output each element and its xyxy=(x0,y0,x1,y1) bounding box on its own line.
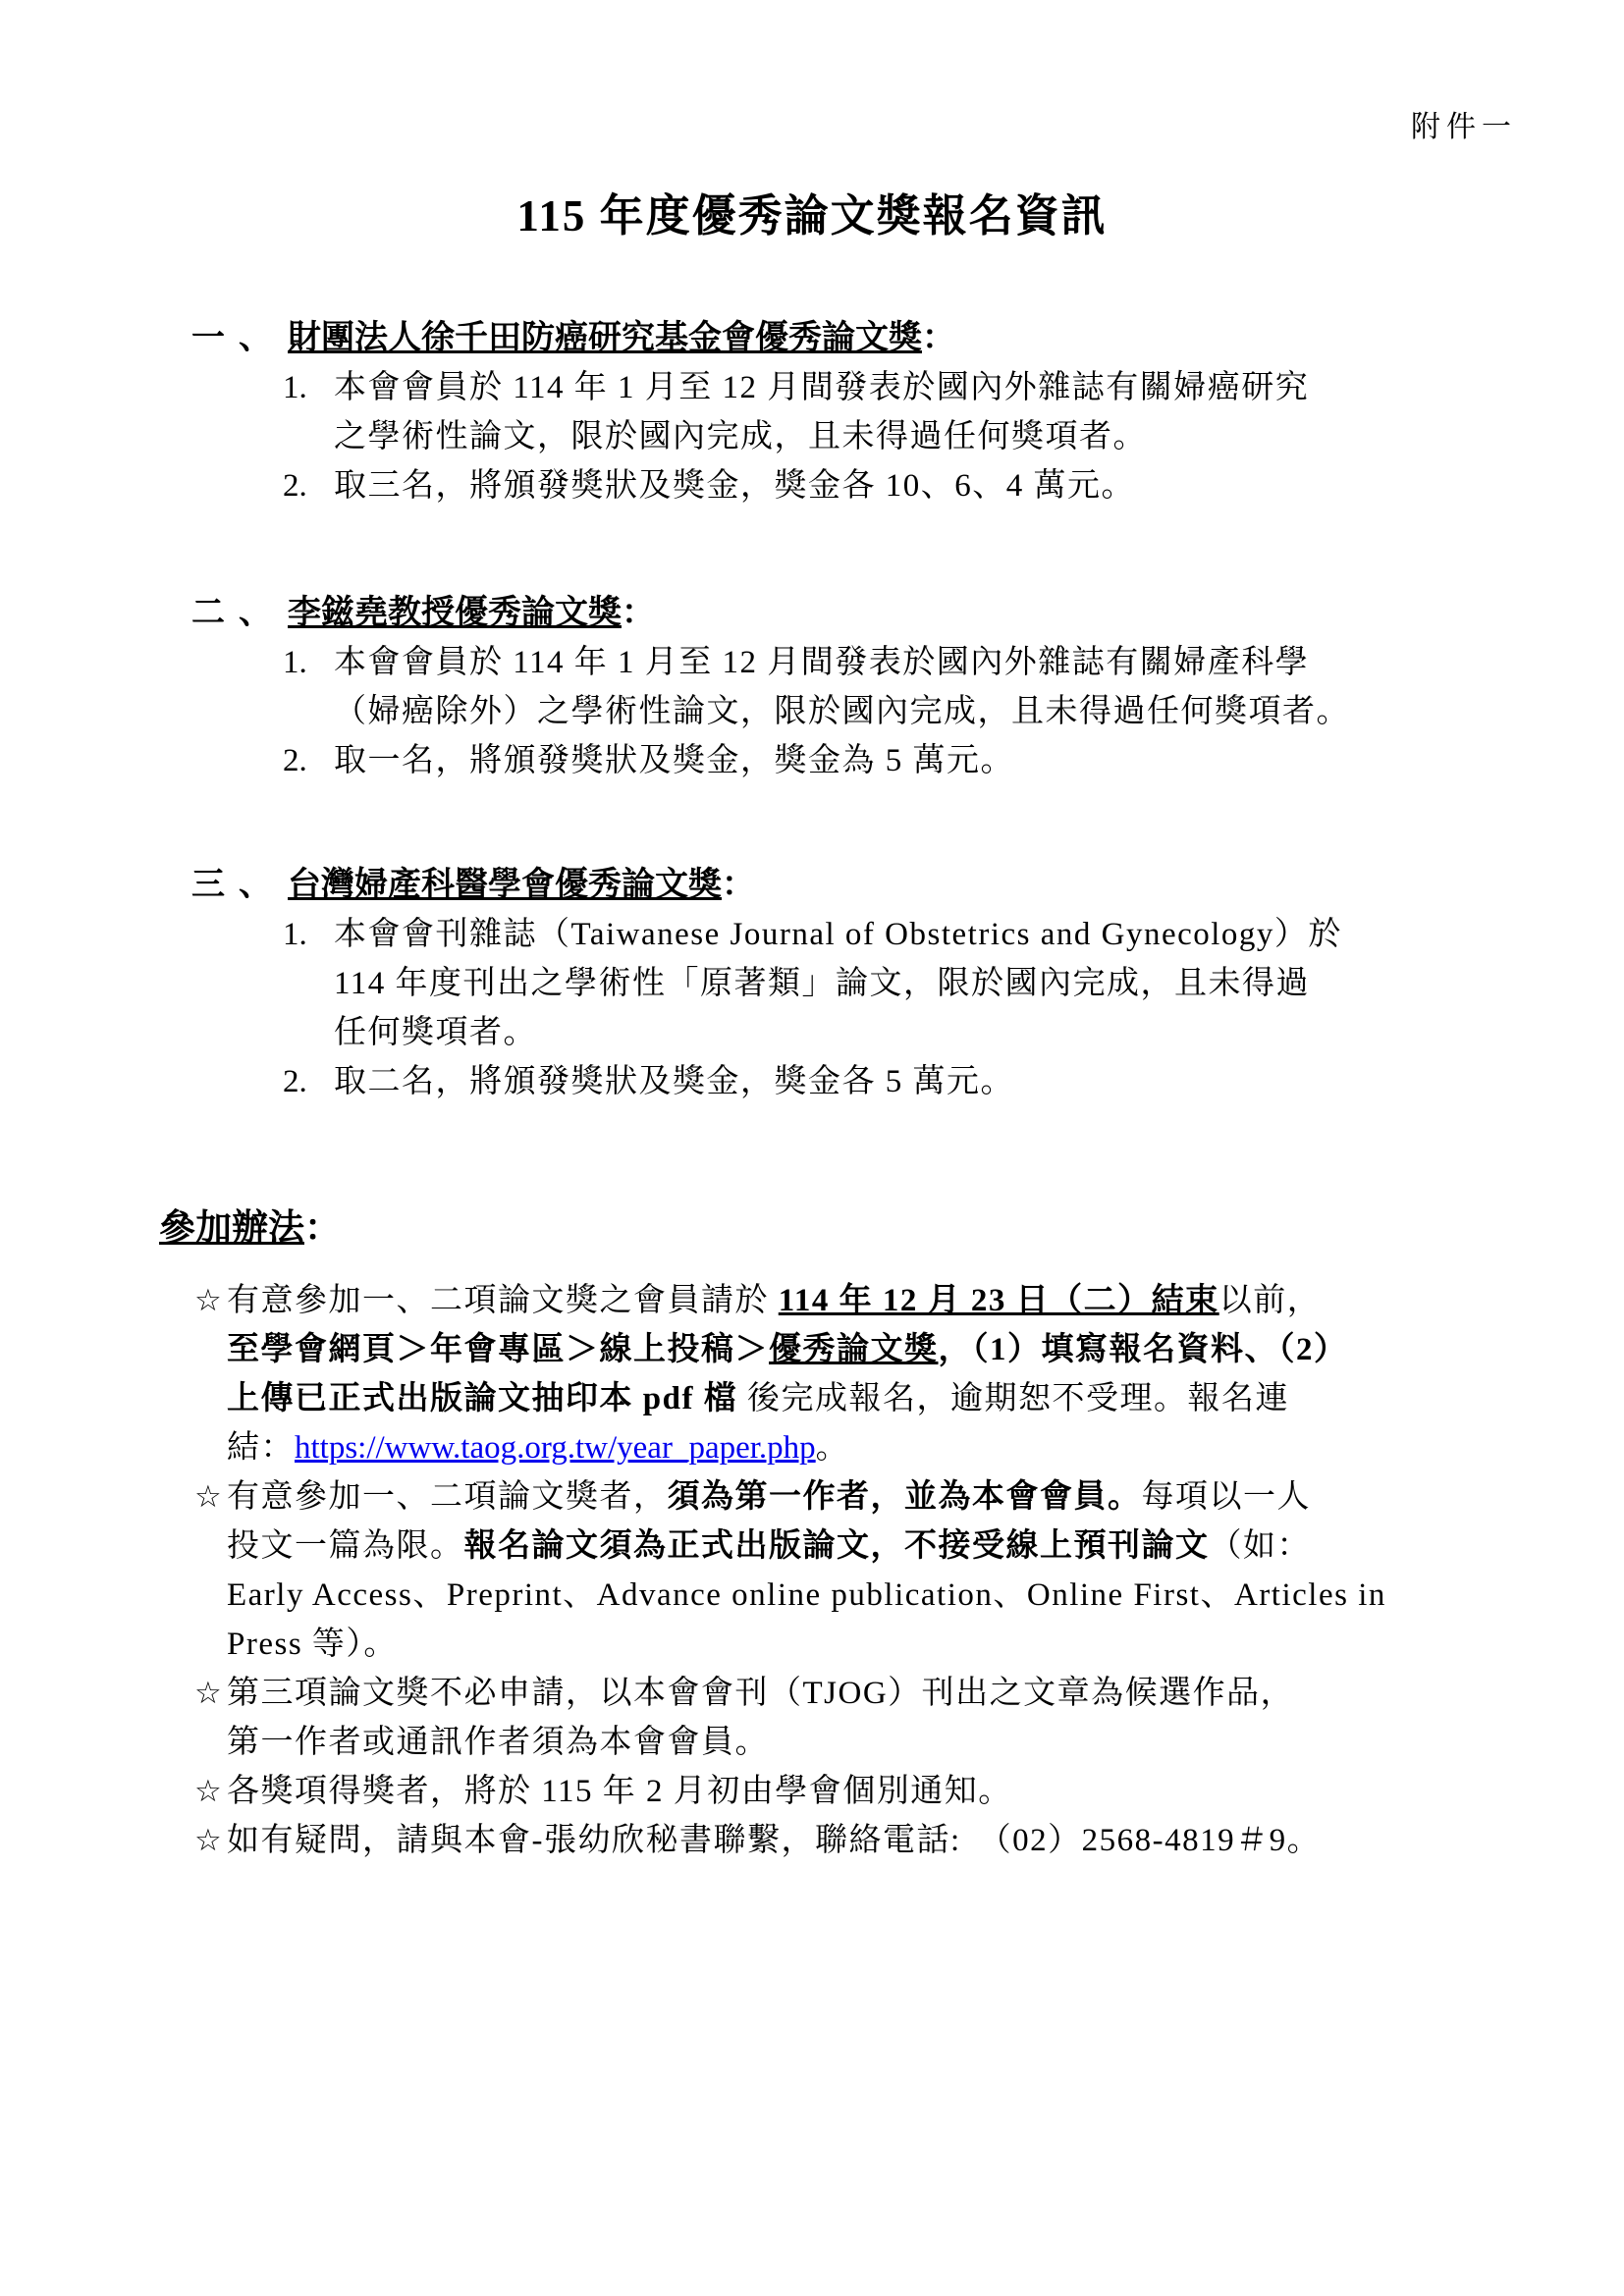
bullet-text: 第三項論文獎不必申請，以本會會刊（TJOG）刊出之文章為候選作品， 第一作者或通… xyxy=(227,1669,1494,1767)
star-bullet-icon: ☆ xyxy=(194,1767,227,1816)
text-segment: 至學會網頁＞年會專區＞線上投稿＞ xyxy=(227,1332,769,1367)
section-heading-colon: ： xyxy=(622,595,655,631)
bullet-text: 各獎項得獎者，將於 115 年 2 月初由學會個別通知。 xyxy=(227,1767,1494,1816)
item-text: 取二名，將頒發獎狀及獎金，獎金各 5 萬元。 xyxy=(334,1057,1494,1106)
text-line: 有意參加一、二項論文獎者，須為第一作者，並為本會會員。每項以一人 xyxy=(227,1472,1494,1522)
item-text: 本會會員於 114 年 1 月至 12 月間發表於國內外雜誌有關婦癌研究 之學術… xyxy=(334,363,1494,461)
text-segment: 以前， xyxy=(1219,1283,1322,1318)
contact-phone-text: 如有疑問，請與本會-張幼欣秘書聯繫，聯絡電話: （02）2568-4819＃9。 xyxy=(227,1823,1321,1858)
text-line: 第一作者或通訊作者須為本會會員。 xyxy=(227,1718,1494,1767)
section-items: 1. 本會會員於 114 年 1 月至 12 月間發表於國內外雜誌有關婦產科學 … xyxy=(283,638,1494,785)
text-line: 上傳已正式出版論文抽印本 pdf 檔 後完成報名，逾期恕不受理。報名連 xyxy=(227,1374,1494,1423)
bullet-registration-deadline: ☆ 有意參加一、二項論文獎之會員請於 114 年 12 月 23 日（二）結束以… xyxy=(194,1276,1494,1472)
text-line: （婦癌除外）之學術性論文，限於國內完成，且未得過任何獎項者。 xyxy=(334,687,1494,736)
section-taog-award: 三、 台灣婦產科醫學會優秀論文獎： 1. 本會會刊雜誌（Taiwanese Jo… xyxy=(191,861,1494,1106)
text-segment: 上傳已正式出版論文抽印本 pdf 檔 xyxy=(227,1381,737,1416)
star-bullet-icon: ☆ xyxy=(194,1276,227,1472)
methods-heading: 參加辦法： xyxy=(159,1204,1494,1254)
star-bullet-icon: ☆ xyxy=(194,1816,227,1865)
bullet-third-award-no-application: ☆ 第三項論文獎不必申請，以本會會刊（TJOG）刊出之文章為候選作品， 第一作者… xyxy=(194,1669,1494,1767)
section-heading-colon: ： xyxy=(922,320,955,356)
section-hsu-foundation-award: 一、 財團法人徐千田防癌研究基金會優秀論文獎： 1. 本會會員於 114 年 1… xyxy=(191,314,1494,510)
section-heading-row: 三、 台灣婦產科醫學會優秀論文獎： xyxy=(191,861,1494,910)
section-heading-row: 一、 財團法人徐千田防癌研究基金會優秀論文獎： xyxy=(191,314,1494,363)
section-number: 一、 xyxy=(191,314,288,363)
text-line: 本會會員於 114 年 1 月至 12 月間發表於國內外雜誌有關婦產科學 xyxy=(334,638,1494,687)
text-segment: ，（1）填寫報名資料、（2） xyxy=(939,1332,1348,1367)
text-line: 之學術性論文，限於國內完成，且未得過任何獎項者。 xyxy=(334,412,1494,461)
item-number: 2. xyxy=(283,736,334,785)
section-heading: 李鎡堯教授優秀論文獎： xyxy=(288,589,655,638)
item-number: 2. xyxy=(283,461,334,510)
section-lee-professor-award: 二、 李鎡堯教授優秀論文獎： 1. 本會會員於 114 年 1 月至 12 月間… xyxy=(191,589,1494,785)
text-line: 第三項論文獎不必申請，以本會會刊（TJOG）刊出之文章為候選作品， xyxy=(227,1669,1494,1718)
item-text: 本會會員於 114 年 1 月至 12 月間發表於國內外雜誌有關婦產科學 （婦癌… xyxy=(334,638,1494,736)
document-page: 附件一 115 年度優秀論文獎報名資訊 一、 財團法人徐千田防癌研究基金會優秀論… xyxy=(0,0,1624,2296)
bullet-text: 如有疑問，請與本會-張幼欣秘書聯繫，聯絡電話: （02）2568-4819＃9。 xyxy=(227,1816,1494,1865)
bullet-winner-notification: ☆ 各獎項得獎者，將於 115 年 2 月初由學會個別通知。 xyxy=(194,1767,1494,1816)
text-segment: 各獎項得獎者，將於 115 年 2 月初由學會個別通知。 xyxy=(227,1774,1012,1809)
section-heading-text: 財團法人徐千田防癌研究基金會優秀論文獎 xyxy=(288,320,922,356)
text-segment: （如： xyxy=(1210,1528,1312,1564)
text-line: 結：https://www.taog.org.tw/year_paper.php… xyxy=(227,1423,1494,1472)
section-heading: 財團法人徐千田防癌研究基金會優秀論文獎： xyxy=(288,314,955,363)
text-segment: 有意參加一、二項論文獎之會員請於 xyxy=(227,1283,779,1318)
section-heading-row: 二、 李鎡堯教授優秀論文獎： xyxy=(191,589,1494,638)
methods-heading-colon: ： xyxy=(304,1208,341,1249)
bullet-author-requirement: ☆ 有意參加一、二項論文獎者，須為第一作者，並為本會會員。每項以一人 投文一篇為… xyxy=(194,1472,1494,1669)
section-heading-colon: ： xyxy=(722,867,755,903)
star-bullet-icon: ☆ xyxy=(194,1669,227,1767)
section-number: 三、 xyxy=(191,861,288,910)
section-items: 1. 本會會員於 114 年 1 月至 12 月間發表於國內外雜誌有關婦癌研究 … xyxy=(283,363,1494,510)
attachment-label: 附件一 xyxy=(1411,110,1517,145)
text-line: 投文一篇為限。報名論文須為正式出版論文，不接受線上預刊論文（如： xyxy=(227,1522,1494,1571)
section-items: 1. 本會會刊雜誌（Taiwanese Journal of Obstetric… xyxy=(283,910,1494,1106)
text-line: Press 等）。 xyxy=(227,1620,1494,1669)
text-segment: 有意參加一、二項論文獎者， xyxy=(227,1479,668,1515)
text-line: 如有疑問，請與本會-張幼欣秘書聯繫，聯絡電話: （02）2568-4819＃9。 xyxy=(227,1816,1494,1865)
text-line: 取二名，將頒發獎狀及獎金，獎金各 5 萬元。 xyxy=(334,1057,1494,1106)
text-line: 取一名，將頒發獎狀及獎金，獎金為 5 萬元。 xyxy=(334,736,1494,785)
section-number: 二、 xyxy=(191,589,288,638)
list-item: 1. 本會會員於 114 年 1 月至 12 月間發表於國內外雜誌有關婦產科學 … xyxy=(283,638,1494,736)
first-author-requirement-text: 須為第一作者，並為本會會員。 xyxy=(668,1479,1142,1515)
text-line: Early Access、Preprint、Advance online pub… xyxy=(227,1571,1494,1620)
text-segment: Press 等）。 xyxy=(227,1627,398,1662)
methods-heading-text: 參加辦法 xyxy=(159,1208,304,1249)
star-bullet-icon: ☆ xyxy=(194,1472,227,1669)
item-number: 1. xyxy=(283,910,334,1057)
section-heading-text: 李鎡堯教授優秀論文獎 xyxy=(288,595,622,631)
registration-link[interactable]: https://www.taog.org.tw/year_paper.php xyxy=(295,1430,816,1466)
section-heading-text: 台灣婦產科醫學會優秀論文獎 xyxy=(288,867,722,903)
text-line: 本會會刊雜誌（Taiwanese Journal of Obstetrics a… xyxy=(334,910,1494,959)
item-number: 1. xyxy=(283,638,334,736)
text-segment: Early Access、Preprint、Advance online pub… xyxy=(227,1577,1386,1613)
text-segment: 第三項論文獎不必申請，以本會會刊（TJOG）刊出之文章為候選作品， xyxy=(227,1676,1294,1711)
text-segment: 結： xyxy=(227,1430,295,1466)
text-line: 各獎項得獎者，將於 115 年 2 月初由學會個別通知。 xyxy=(227,1767,1494,1816)
text-line: 至學會網頁＞年會專區＞線上投稿＞優秀論文獎，（1）填寫報名資料、（2） xyxy=(227,1325,1494,1374)
bullet-contact-info: ☆ 如有疑問，請與本會-張幼欣秘書聯繫，聯絡電話: （02）2568-4819＃… xyxy=(194,1816,1494,1865)
list-item: 1. 本會會員於 114 年 1 月至 12 月間發表於國內外雜誌有關婦癌研究 … xyxy=(283,363,1494,461)
text-line: 114 年度刊出之學術性「原著類」論文，限於國內完成，且未得過 xyxy=(334,959,1494,1008)
text-line: 取三名，將頒發獎狀及獎金，獎金各 10、6、4 萬元。 xyxy=(334,461,1494,510)
award-menu-text: 優秀論文獎 xyxy=(769,1332,939,1367)
item-number: 1. xyxy=(283,363,334,461)
item-text: 本會會刊雜誌（Taiwanese Journal of Obstetrics a… xyxy=(334,910,1494,1057)
document-body: 一、 財團法人徐千田防癌研究基金會優秀論文獎： 1. 本會會員於 114 年 1… xyxy=(159,314,1494,1865)
text-segment: 投文一篇為限。 xyxy=(227,1528,464,1564)
deadline-text: 114 年 12 月 23 日（二）結束 xyxy=(779,1283,1219,1318)
text-segment: 後完成報名，逾期恕不受理。報名連 xyxy=(737,1381,1289,1416)
list-item: 1. 本會會刊雜誌（Taiwanese Journal of Obstetric… xyxy=(283,910,1494,1057)
text-segment: 第一作者或通訊作者須為本會會員。 xyxy=(227,1725,769,1760)
item-text: 取一名，將頒發獎狀及獎金，獎金為 5 萬元。 xyxy=(334,736,1494,785)
bullet-text: 有意參加一、二項論文獎之會員請於 114 年 12 月 23 日（二）結束以前，… xyxy=(227,1276,1494,1472)
list-item: 2. 取三名，將頒發獎狀及獎金，獎金各 10、6、4 萬元。 xyxy=(283,461,1494,510)
bullet-text: 有意參加一、二項論文獎者，須為第一作者，並為本會會員。每項以一人 投文一篇為限。… xyxy=(227,1472,1494,1669)
published-paper-requirement-text: 報名論文須為正式出版論文，不接受線上預刊論文 xyxy=(464,1528,1210,1564)
section-heading: 台灣婦產科醫學會優秀論文獎： xyxy=(288,861,755,910)
text-line: 本會會員於 114 年 1 月至 12 月間發表於國內外雜誌有關婦癌研究 xyxy=(334,363,1494,412)
item-number: 2. xyxy=(283,1057,334,1106)
list-item: 2. 取二名，將頒發獎狀及獎金，獎金各 5 萬元。 xyxy=(283,1057,1494,1106)
text-line: 任何獎項者。 xyxy=(334,1008,1494,1057)
text-segment: 。 xyxy=(816,1430,850,1466)
page-title: 115 年度優秀論文獎報名資訊 xyxy=(0,180,1624,243)
list-item: 2. 取一名，將頒發獎狀及獎金，獎金為 5 萬元。 xyxy=(283,736,1494,785)
item-text: 取三名，將頒發獎狀及獎金，獎金各 10、6、4 萬元。 xyxy=(334,461,1494,510)
text-line: 有意參加一、二項論文獎之會員請於 114 年 12 月 23 日（二）結束以前， xyxy=(227,1276,1494,1325)
text-segment: 每項以一人 xyxy=(1142,1479,1312,1515)
methods-bullets: ☆ 有意參加一、二項論文獎之會員請於 114 年 12 月 23 日（二）結束以… xyxy=(194,1276,1494,1865)
